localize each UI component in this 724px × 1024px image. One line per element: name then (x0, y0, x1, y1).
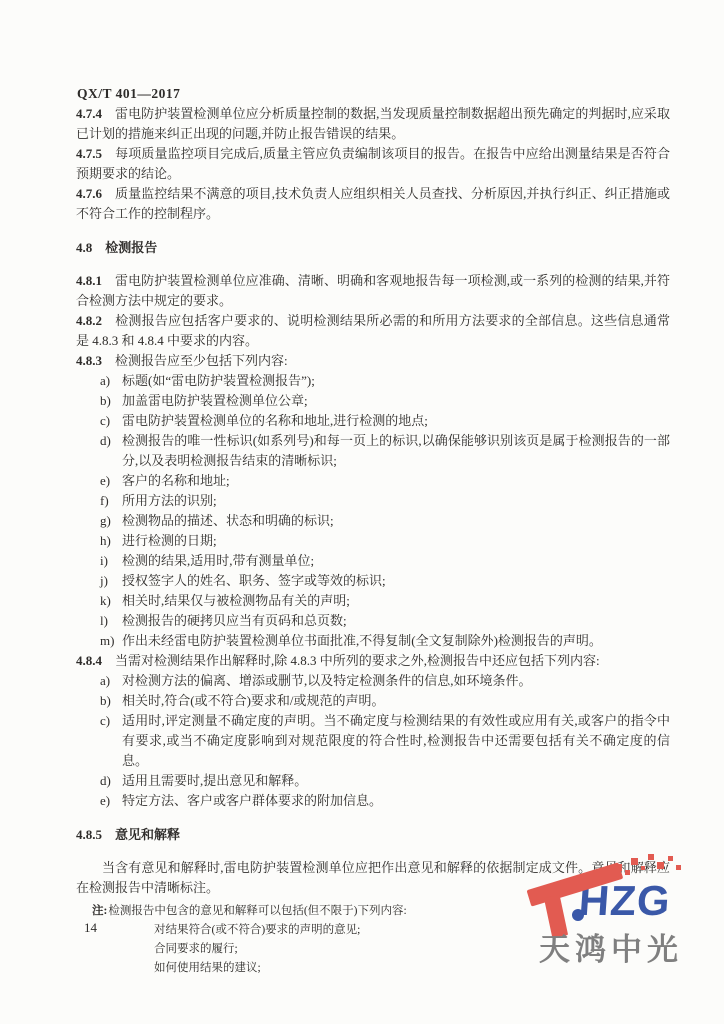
text-run: 检测报告的硬拷贝应当有页码和总页数; (122, 611, 670, 631)
item-letter: l) (100, 611, 122, 631)
item-letter: c) (100, 411, 122, 431)
text-run: 授权签字人的姓名、职务、签字或等效的标识; (122, 571, 670, 591)
clause-paragraph: 4.7.6质量监控结果不满意的项目,技术负责人应组织相关人员查找、分析原因,并执… (76, 184, 670, 224)
logo-dot-icon (572, 909, 584, 921)
list-item: a)对检测方法的偏离、增添或删节,以及特定检测条件的信息,如环境条件。 (100, 671, 670, 691)
document-page: QX/T 401—2017 4.7.4雷电防护装置检测单位应分析质量控制的数据,… (0, 0, 724, 1024)
logo-pixel-decor (648, 854, 654, 860)
text-run: 检测的结果,适用时,带有测量单位; (122, 551, 670, 571)
text-run: 检测报告应包括客户要求的、说明检测结果所必需的和所用方法要求的全部信息。这些信息… (76, 313, 670, 348)
text-run: 特定方法、客户或客户群体要求的附加信息。 (122, 791, 670, 811)
item-letter: m) (100, 631, 122, 651)
text-run: 当需对检测结果作出解释时,除 4.8.3 中所列的要求之外,检测报告中还应包括下… (115, 653, 600, 668)
list-item: a)标题(如“雷电防护装置检测报告”); (100, 371, 670, 391)
clause-paragraph: 4.7.4雷电防护装置检测单位应分析质量控制的数据,当发现质量控制数据超出预先确… (76, 104, 670, 144)
text-run: 检测报告中包含的意见和解释可以包括(但不限于)下列内容: (108, 902, 406, 921)
document-body: 4.7.4雷电防护装置检测单位应分析质量控制的数据,当发现质量控制数据超出预先确… (76, 104, 670, 978)
text-run: 质量监控结果不满意的项目,技术负责人应组织相关人员查找、分析原因,并执行纠正、纠… (76, 186, 670, 221)
clause-number: 4.7.6 (76, 186, 102, 201)
text-run: 对结果符合(或不符合)要求的声明的意见; (154, 924, 360, 936)
text-run: 检测报告 (105, 240, 157, 255)
text-run: 客户的名称和地址; (122, 471, 670, 491)
list-item: m)作出未经雷电防护装置检测单位书面批准,不得复制(全文复制除外)检测报告的声明… (100, 631, 670, 651)
text-run: 检测物品的描述、状态和明确的标识; (122, 511, 670, 531)
clause-number: 4.8 (76, 240, 92, 255)
text-run: 雷电防护装置检测单位应分析质量控制的数据,当发现质量控制数据超出预先确定的判据时… (76, 106, 670, 141)
list-item: g)检测物品的描述、状态和明确的标识; (100, 511, 670, 531)
list-item: c)适用时,评定测量不确定度的声明。当不确定度与检测结果的有效性或应用有关,或客… (100, 711, 670, 771)
item-letter: b) (100, 391, 122, 411)
logo-pixel-decor (641, 866, 645, 870)
clause-number: 4.7.5 (76, 146, 102, 161)
item-letter: b) (100, 691, 122, 711)
list-item: h)进行检测的日期; (100, 531, 670, 551)
clause-paragraph: 4.8.4当需对检测结果作出解释时,除 4.8.3 中所列的要求之外,检测报告中… (76, 651, 670, 671)
item-letter: k) (100, 591, 122, 611)
item-letter: a) (100, 671, 122, 691)
text-run: 意见和解释 (115, 827, 180, 842)
list-item: j)授权签字人的姓名、职务、签字或等效的标识; (100, 571, 670, 591)
page-number: 14 (84, 920, 97, 936)
logo-pixel-decor (668, 856, 673, 861)
item-letter: g) (100, 511, 122, 531)
item-letter: e) (100, 791, 122, 811)
clause-paragraph: 4.8.2检测报告应包括客户要求的、说明检测结果所必需的和所用方法要求的全部信息… (76, 311, 670, 351)
standard-number-header: QX/T 401—2017 (77, 86, 180, 102)
logo-pixel-decor (676, 865, 681, 870)
text-run: 作出未经雷电防护装置检测单位书面批准,不得复制(全文复制除外)检测报告的声明。 (122, 631, 670, 651)
text-run: 标题(如“雷电防护装置检测报告”); (122, 371, 670, 391)
list-item: c)雷电防护装置检测单位的名称和地址,进行检测的地点; (100, 411, 670, 431)
logo-pixel-decor (657, 862, 664, 869)
clause-number: 4.8.5 (76, 827, 102, 842)
item-letter: a) (100, 371, 122, 391)
text-run: 雷电防护装置检测单位的名称和地址,进行检测的地点; (122, 411, 670, 431)
item-letter: j) (100, 571, 122, 591)
list-item: i)检测的结果,适用时,带有测量单位; (100, 551, 670, 571)
note-label: 注: (92, 902, 107, 921)
text-run: 每项质量监控项目完成后,质量主管应负责编制该项目的报告。在报告中应给出测量结果是… (76, 146, 670, 181)
text-run: 所用方法的识别; (122, 491, 670, 511)
clause-number: 4.7.4 (76, 106, 102, 121)
item-letter: d) (100, 771, 122, 791)
text-run: 进行检测的日期; (122, 531, 670, 551)
text-run: 适用时,评定测量不确定度的声明。当不确定度与检测结果的有效性或应用有关,或客户的… (122, 711, 670, 771)
list-item: e)特定方法、客户或客户群体要求的附加信息。 (100, 791, 670, 811)
clause-paragraph: 4.7.5每项质量监控项目完成后,质量主管应负责编制该项目的报告。在报告中应给出… (76, 144, 670, 184)
text-run: 相关时,符合(或不符合)要求和/或规范的声明。 (122, 691, 670, 711)
text-run: 检测报告的唯一性标识(如系列号)和每一页上的标识,以确保能够识别该页是属于检测报… (122, 431, 670, 471)
list-item: d)检测报告的唯一性标识(如系列号)和每一页上的标识,以确保能够识别该页是属于检… (100, 431, 670, 471)
company-logo: HZG 天鸿中光 (527, 852, 723, 978)
text-run: 雷电防护装置检测单位应准确、清晰、明确和客观地报告每一项检测,或一系列的检测的结… (76, 273, 670, 308)
logo-pixel-decor (631, 858, 638, 865)
item-letter: d) (100, 431, 122, 471)
text-run: 检测报告应至少包括下列内容: (115, 353, 288, 368)
item-letter: c) (100, 711, 122, 771)
list-item: l)检测报告的硬拷贝应当有页码和总页数; (100, 611, 670, 631)
list-item: k)相关时,结果仅与被检测物品有关的声明; (100, 591, 670, 611)
list-item: f)所用方法的识别; (100, 491, 670, 511)
section-heading: 4.8.5意见和解释 (76, 825, 670, 845)
logo-pixel-decor (625, 870, 630, 875)
clause-number: 4.8.3 (76, 353, 102, 368)
list-item: d)适用且需要时,提出意见和解释。 (100, 771, 670, 791)
item-letter: i) (100, 551, 122, 571)
clause-paragraph: 4.8.3检测报告应至少包括下列内容: (76, 351, 670, 371)
text-run: 如何使用结果的建议; (154, 962, 261, 974)
text-run: 加盖雷电防护装置检测单位公章; (122, 391, 670, 411)
text-run: 相关时,结果仅与被检测物品有关的声明; (122, 591, 670, 611)
text-run: 合同要求的履行; (154, 943, 238, 955)
item-letter: f) (100, 491, 122, 511)
logo-company-name: 天鸿中光 (539, 934, 683, 965)
list-item: b)相关时,符合(或不符合)要求和/或规范的声明。 (100, 691, 670, 711)
item-letter: h) (100, 531, 122, 551)
list-item: e)客户的名称和地址; (100, 471, 670, 491)
item-letter: e) (100, 471, 122, 491)
section-heading: 4.8检测报告 (76, 238, 670, 258)
clause-number: 4.8.2 (76, 313, 102, 328)
clause-paragraph: 4.8.1雷电防护装置检测单位应准确、清晰、明确和客观地报告每一项检测,或一系列… (76, 271, 670, 311)
text-run: 适用且需要时,提出意见和解释。 (122, 771, 670, 791)
list-item: b)加盖雷电防护装置检测单位公章; (100, 391, 670, 411)
clause-number: 4.8.1 (76, 273, 102, 288)
clause-number: 4.8.4 (76, 653, 102, 668)
text-run: 对检测方法的偏离、增添或删节,以及特定检测条件的信息,如环境条件。 (122, 671, 670, 691)
